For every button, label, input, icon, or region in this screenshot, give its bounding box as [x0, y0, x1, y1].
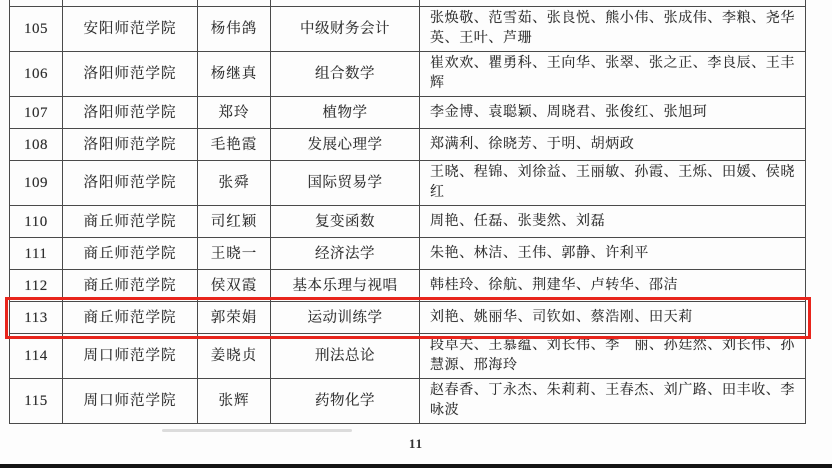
cell-teacher-name: 张辉: [198, 379, 271, 424]
cell-course-name: 经济法学: [271, 238, 420, 270]
cell-teacher-name: 毛艳霞: [198, 129, 271, 161]
cell-institution: 周口师范学院: [63, 379, 198, 424]
table-row: 110 商丘师范学院 司红颖 复变函数 周艳、任磊、张斐然、刘磊: [10, 206, 806, 238]
cell-teacher-name: 侯双霞: [198, 270, 271, 302]
table-row: 112 商丘师范学院 侯双霞 基本乐理与视唱 韩桂玲、徐航、荆建华、卢转华、邵洁: [10, 270, 806, 302]
cell-row-number: 114: [10, 334, 63, 379]
cell-institution: 安阳师范学院: [63, 7, 198, 52]
cell-course-name: 复变函数: [271, 206, 420, 238]
cell-row-number: 107: [10, 97, 63, 129]
cell-teacher-name: 王晓一: [198, 238, 271, 270]
cell-course-name: 中级财务会计: [271, 7, 420, 52]
cell-row-number: 108: [10, 129, 63, 161]
cell-course-name: 刑法总论: [271, 334, 420, 379]
table-row: 114 周口师范学院 姜晓贞 刑法总论 段卓夫、王慕蕴、刘长伟、李 丽、孙廷然、…: [10, 334, 806, 379]
cell-row-number: 110: [10, 206, 63, 238]
cell-member-names: 韩桂玲、徐航、荆建华、卢转华、邵洁: [420, 270, 806, 302]
cell-member-names: 崔欢欢、瞿勇科、王向华、张翠、张之正、李良辰、王丰辉: [420, 52, 806, 97]
table-row: 108 洛阳师范学院 毛艳霞 发展心理学 郑满利、徐晓芳、于明、胡炳政: [10, 129, 806, 161]
cell-course-name: 植物学: [271, 97, 420, 129]
table-row: 106 洛阳师范学院 杨继真 组合数学 崔欢欢、瞿勇科、王向华、张翠、张之正、李…: [10, 52, 806, 97]
cell-institution: 洛阳师范学院: [63, 161, 198, 206]
cell-member-names: 赵春香、丁永杰、朱莉莉、王春杰、刘广路、田丰收、李咏波: [420, 379, 806, 424]
cell-row-number: 111: [10, 238, 63, 270]
scan-artifact: [162, 429, 352, 432]
document-page: 105 安阳师范学院 杨伟鸽 中级财务会计 张焕敬、范雪茹、张良悦、熊小伟、张成…: [0, 0, 832, 468]
window-bottom-edge: [0, 464, 832, 468]
cell-course-name: 发展心理学: [271, 129, 420, 161]
cell-institution: 商丘师范学院: [63, 238, 198, 270]
cell-row-number: 109: [10, 161, 63, 206]
cell-teacher-name: 杨继真: [198, 52, 271, 97]
cell-teacher-name: 姜晓贞: [198, 334, 271, 379]
page-number: 11: [398, 436, 434, 452]
cell-member-names: 李金博、袁聪颖、周晓君、张俊红、张旭珂: [420, 97, 806, 129]
cell-institution: 洛阳师范学院: [63, 97, 198, 129]
cell-institution: 周口师范学院: [63, 334, 198, 379]
cell-row-number: 105: [10, 7, 63, 52]
cell-institution: 商丘师范学院: [63, 270, 198, 302]
cell-member-names: 周艳、任磊、张斐然、刘磊: [420, 206, 806, 238]
table-row: 109 洛阳师范学院 张舜 国际贸易学 王晓、程锦、刘徐益、王丽敏、孙霞、王烁、…: [10, 161, 806, 206]
cell-institution: 商丘师范学院: [63, 206, 198, 238]
table-row: 115 周口师范学院 张辉 药物化学 赵春香、丁永杰、朱莉莉、王春杰、刘广路、田…: [10, 379, 806, 424]
cell-course-name: 运动训练学: [271, 302, 420, 334]
cell-member-names: 朱艳、林洁、王伟、郭静、许利平: [420, 238, 806, 270]
table-body: 105 安阳师范学院 杨伟鸽 中级财务会计 张焕敬、范雪茹、张良悦、熊小伟、张成…: [10, 0, 806, 424]
cell-member-names: 郑满利、徐晓芳、于明、胡炳政: [420, 129, 806, 161]
table-row: 111 商丘师范学院 王晓一 经济法学 朱艳、林洁、王伟、郭静、许利平: [10, 238, 806, 270]
cell-teacher-name: 郭荣娟: [198, 302, 271, 334]
cell-row-number: 106: [10, 52, 63, 97]
table-container: 105 安阳师范学院 杨伟鸽 中级财务会计 张焕敬、范雪茹、张良悦、熊小伟、张成…: [9, 0, 806, 424]
cell-institution: 商丘师范学院: [63, 302, 198, 334]
cell-teacher-name: 张舜: [198, 161, 271, 206]
cell-course-name: 国际贸易学: [271, 161, 420, 206]
cell-course-name: 药物化学: [271, 379, 420, 424]
cell-row-number: 115: [10, 379, 63, 424]
cell-course-name: 组合数学: [271, 52, 420, 97]
table-row: 107 洛阳师范学院 郑玲 植物学 李金博、袁聪颖、周晓君、张俊红、张旭珂: [10, 97, 806, 129]
cell-row-number: 113: [10, 302, 63, 334]
cell-member-names: 段卓夫、王慕蕴、刘长伟、李 丽、孙廷然、刘长伟、孙慧源、邢海玲: [420, 334, 806, 379]
cell-teacher-name: 司红颖: [198, 206, 271, 238]
cell-teacher-name: 郑玲: [198, 97, 271, 129]
award-table: 105 安阳师范学院 杨伟鸽 中级财务会计 张焕敬、范雪茹、张良悦、熊小伟、张成…: [9, 0, 806, 424]
table-row: 105 安阳师范学院 杨伟鸽 中级财务会计 张焕敬、范雪茹、张良悦、熊小伟、张成…: [10, 7, 806, 52]
cell-institution: 洛阳师范学院: [63, 129, 198, 161]
cell-row-number: 112: [10, 270, 63, 302]
cell-member-names: 王晓、程锦、刘徐益、王丽敏、孙霞、王烁、田媛、侯晓红: [420, 161, 806, 206]
table-row: 113 商丘师范学院 郭荣娟 运动训练学 刘艳、姚丽华、司钦如、蔡浩刚、田天莉: [10, 302, 806, 334]
cell-course-name: 基本乐理与视唱: [271, 270, 420, 302]
cell-institution: 洛阳师范学院: [63, 52, 198, 97]
cell-member-names: 张焕敬、范雪茹、张良悦、熊小伟、张成伟、李粮、尧华英、王叶、芦珊: [420, 7, 806, 52]
cell-teacher-name: 杨伟鸽: [198, 7, 271, 52]
cell-member-names: 刘艳、姚丽华、司钦如、蔡浩刚、田天莉: [420, 302, 806, 334]
